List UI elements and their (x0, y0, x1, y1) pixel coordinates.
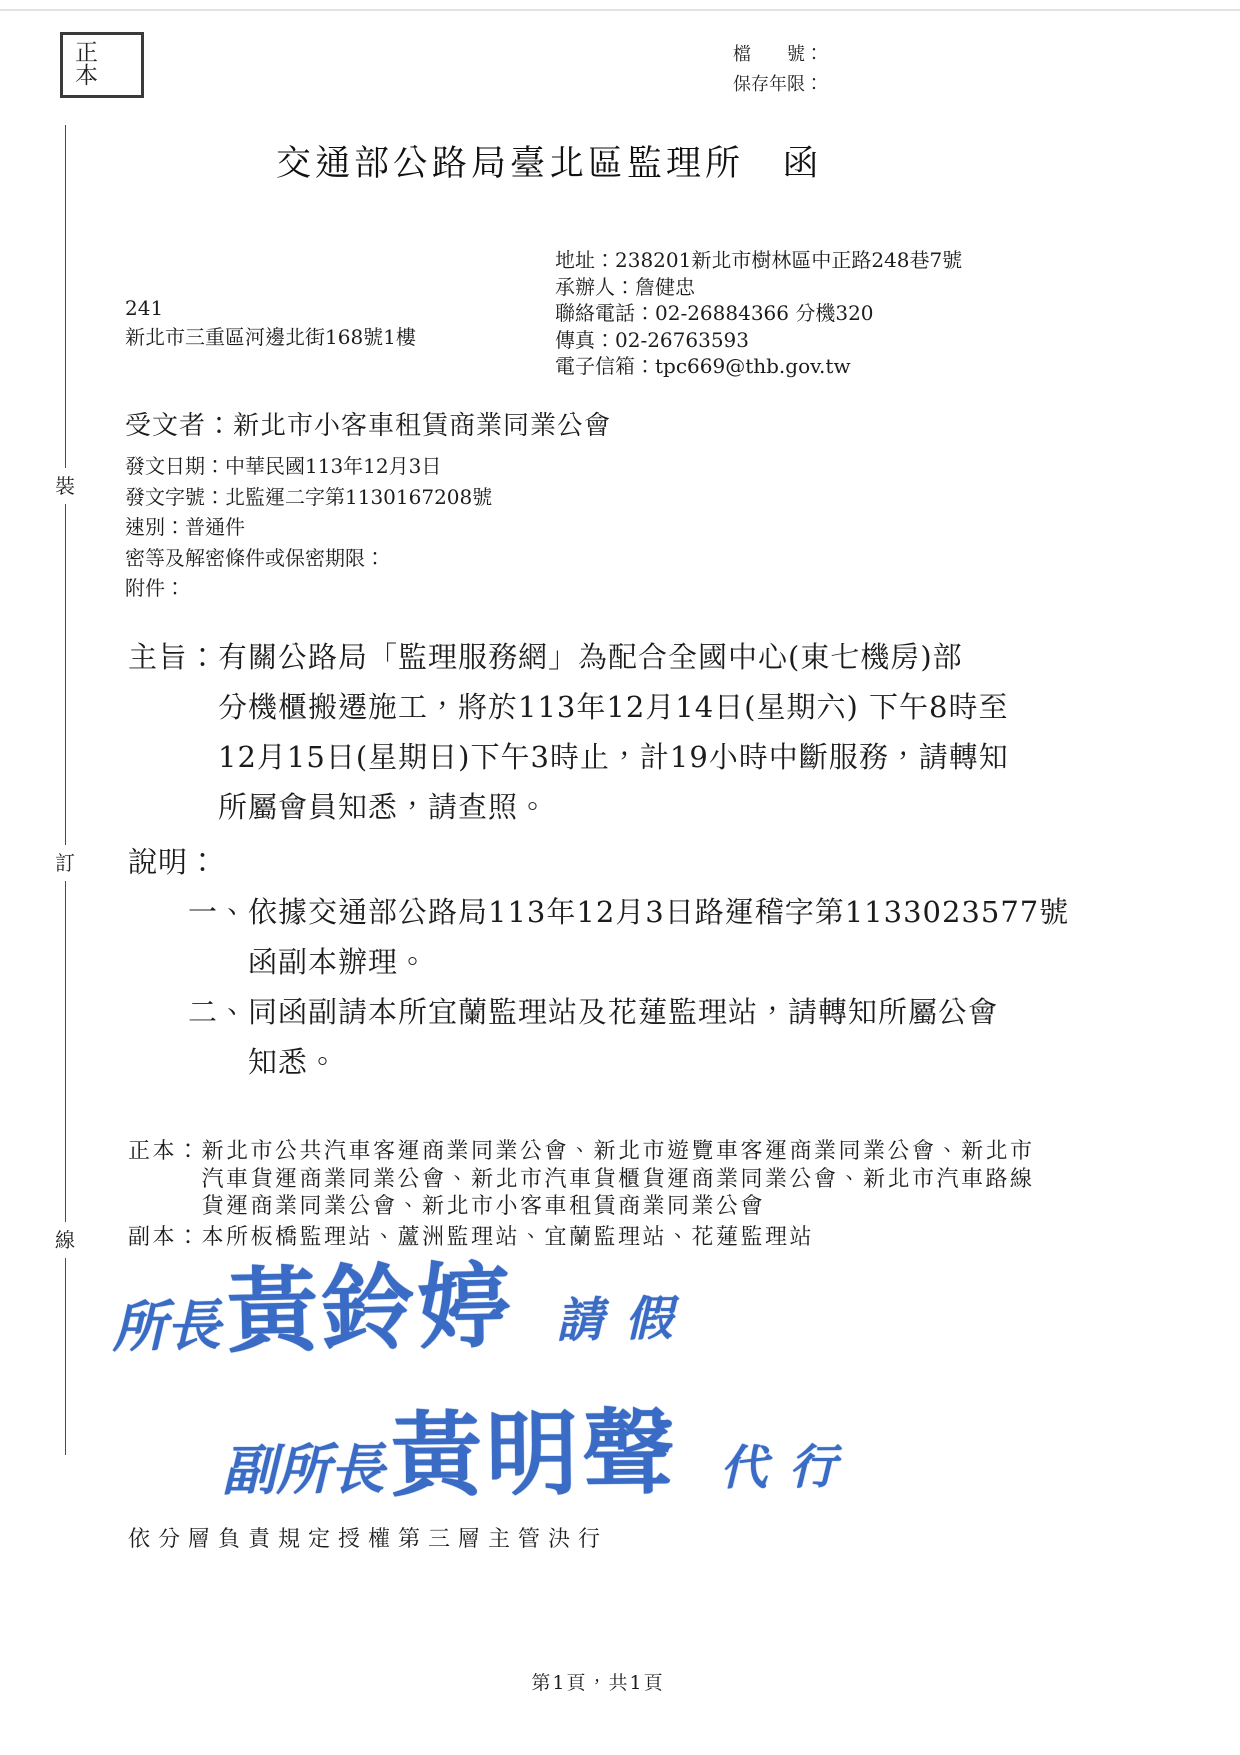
doc-number: 發文字號：北監運二字第1130167208號 (125, 482, 492, 513)
original-recipients-line: 貨運商業同業公會、新北市小客車租賃商業同業公會 (202, 1193, 1035, 1221)
explanation-line: 依據交通部公路局113年12月3日路運稽字第1133023577號 (248, 887, 1069, 937)
sender-contact-block: 地址：238201新北市樹林區中正路248巷7號 承辦人：詹健忠 聯絡電話：02… (555, 247, 962, 380)
deputy-director-title: 副所長 (222, 1427, 385, 1506)
copy-recipients-text: 本所板橋監理站、蘆洲監理站、宜蘭監理站、花蓮監理站 (202, 1224, 815, 1252)
sender-address: 地址：238201新北市樹林區中正路248巷7號 (555, 247, 962, 274)
original-recipients-label: 正本： (128, 1138, 202, 1221)
deputy-director-signature-stamp: 副所長 黃明聲 代行 (222, 1405, 859, 1506)
binding-mark-ding: 訂 (54, 845, 76, 881)
subject-text: 有關公路局「監理服務網」為配合全國中心(東七機房)部 分機櫃搬遷施工，將於113… (218, 632, 1009, 832)
copy-recipients-label: 副本： (128, 1224, 202, 1252)
explanation-label: 說明： (128, 837, 1069, 887)
distribution-section: 正本： 新北市公共汽車客運商業同業公會、新北市遊覽車客運商業同業公會、新北市 汽… (128, 1138, 1035, 1251)
subject-section: 主旨： 有關公路局「監理服務網」為配合全國中心(東七機房)部 分機櫃搬遷施工，將… (128, 632, 1009, 832)
explanation-line: 同函副請本所宜蘭監理站及花蓮監理站，請轉知所屬公會 (248, 987, 998, 1037)
subject-line: 12月15日(星期日)下午3時止，計19小時中斷服務，請轉知 (218, 732, 1009, 782)
copy-type-stamp: 正本 (60, 32, 144, 98)
retention-period-label: 保存年限： (733, 70, 823, 100)
file-number-label: 檔 號： (733, 40, 823, 70)
copy-recipients-row: 副本： 本所板橋監理站、蘆洲監理站、宜蘭監理站、花蓮監理站 (128, 1224, 1035, 1252)
original-recipients-line: 新北市公共汽車客運商業同業公會、新北市遊覽車客運商業同業公會、新北市 (202, 1138, 1035, 1166)
subject-line: 有關公路局「監理服務網」為配合全國中心(東七機房)部 (218, 632, 1009, 682)
director-signature-stamp: 所長 黃鈴婷 請假 (111, 1256, 695, 1362)
subject-label: 主旨： (128, 632, 218, 832)
recipient-line: 受文者：新北市小客車租賃商業同業公會 (125, 405, 611, 442)
original-recipients-line: 汽車貨運商業同業公會、新北市汽車貨櫃貨運商業同業公會、新北市汽車路線 (202, 1166, 1035, 1194)
explanation-line: 函副本辦理。 (248, 937, 1069, 987)
binding-mark-zhuang: 裝 (54, 468, 76, 504)
explanation-item-number: 二、 (188, 987, 248, 1087)
letter-meta-block: 發文日期：中華民國113年12月3日 發文字號：北監運二字第1130167208… (125, 451, 492, 604)
explanation-item-1: 一、 依據交通部公路局113年12月3日路運稽字第1133023577號 函副本… (188, 887, 1069, 987)
archive-header: 檔 號： 保存年限： (733, 40, 823, 100)
director-title: 所長 (111, 1283, 221, 1362)
copy-type-label: 正本 (75, 40, 106, 89)
explanation-item-2: 二、 同函副請本所宜蘭監理站及花蓮監理站，請轉知所屬公會 知悉。 (188, 987, 1069, 1087)
sender-contact-person: 承辦人：詹健忠 (555, 274, 962, 301)
scan-artifact-line (0, 9, 1240, 11)
explanation-section: 說明： 一、 依據交通部公路局113年12月3日路運稽字第1133023577號… (128, 837, 1069, 1087)
subject-line: 所屬會員知悉，請查照。 (218, 782, 1009, 832)
subject-line: 分機櫃搬遷施工，將於113年12月14日(星期六) 下午8時至 (218, 682, 1009, 732)
copy-recipients-line: 本所板橋監理站、蘆洲監理站、宜蘭監理站、花蓮監理站 (202, 1224, 815, 1252)
attachment-label: 附件： (125, 573, 492, 604)
acting-note: 代行 (720, 1430, 859, 1498)
explanation-line: 知悉。 (248, 1037, 998, 1087)
explanation-item-number: 一、 (188, 887, 248, 987)
sender-fax: 傳真：02-26763593 (555, 327, 962, 354)
director-name: 黃鈴婷 (225, 1260, 515, 1358)
speed-class: 速別：普通件 (125, 512, 492, 543)
director-on-leave-note: 請假 (556, 1281, 695, 1351)
explanation-item-text: 依據交通部公路局113年12月3日路運稽字第1133023577號 函副本辦理。 (248, 887, 1069, 987)
recipient-postal-block: 241 新北市三重區河邊北街168號1樓 (125, 294, 416, 352)
document-title: 交通部公路局臺北區監理所 函 (276, 136, 822, 186)
recipient-street-address: 新北市三重區河邊北街168號1樓 (125, 323, 416, 352)
sender-phone: 聯絡電話：02-26884366 分機320 (555, 300, 962, 327)
issue-date: 發文日期：中華民國113年12月3日 (125, 451, 492, 482)
page-number-footer: 第1頁，共1頁 (0, 1668, 1196, 1695)
original-recipients-text: 新北市公共汽車客運商業同業公會、新北市遊覽車客運商業同業公會、新北市 汽車貨運商… (202, 1138, 1035, 1221)
security-class: 密等及解密條件或保密期限： (125, 543, 492, 574)
recipient-postal-code: 241 (125, 294, 416, 323)
sender-email: 電子信箱：tpc669@thb.gov.tw (555, 353, 962, 380)
document-page: 正本 檔 號： 保存年限： 交通部公路局臺北區監理所 函 裝 訂 線 241 新… (0, 0, 1240, 1755)
original-recipients-row: 正本： 新北市公共汽車客運商業同業公會、新北市遊覽車客運商業同業公會、新北市 汽… (128, 1138, 1035, 1221)
deputy-director-name: 黃明聲 (390, 1407, 679, 1502)
authorization-line: 依分層負責規定授權第三層主管決行 (128, 1522, 608, 1553)
binding-mark-xian: 線 (54, 1222, 76, 1258)
explanation-item-text: 同函副請本所宜蘭監理站及花蓮監理站，請轉知所屬公會 知悉。 (248, 987, 998, 1087)
